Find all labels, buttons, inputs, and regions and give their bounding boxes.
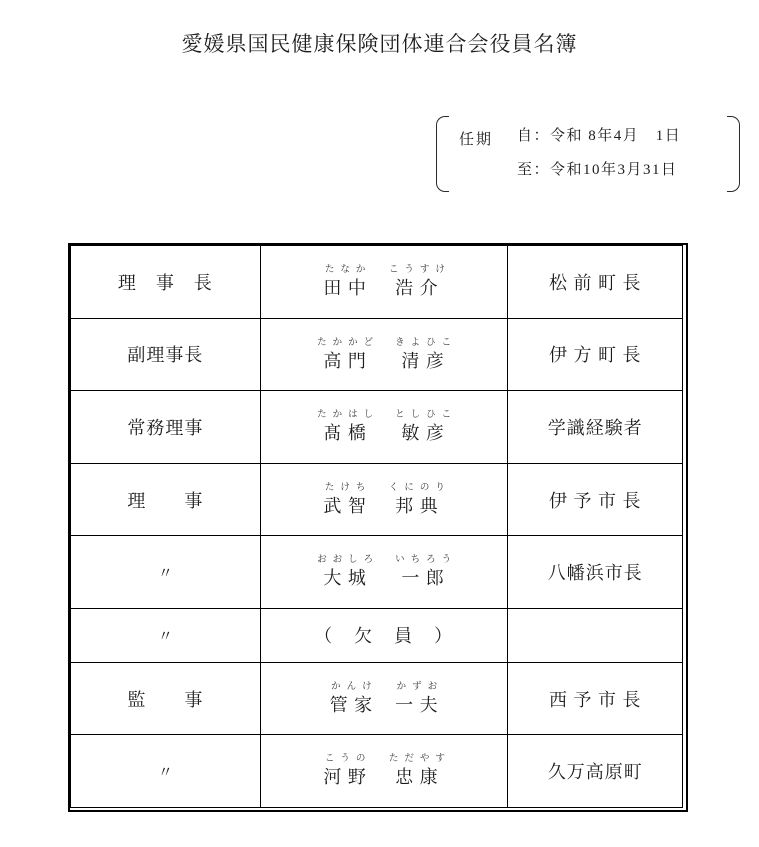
position-cell: 理 事	[71, 463, 261, 536]
name-cell: （ 欠 員 ）	[260, 609, 508, 663]
position-cell: 理 事 長	[71, 246, 261, 319]
document-page: 愛媛県国民健康保険団体連合会役員名簿 任期 自：令和 8年4月 1日 至：令和1…	[0, 0, 759, 847]
surname: 高 門	[323, 350, 367, 373]
position-label: 常務理事	[127, 418, 203, 438]
surname-furigana: こうの	[325, 753, 372, 766]
surname-group: たけち武 智	[323, 482, 367, 518]
surname-group: おおしろ大 城	[317, 554, 373, 590]
given-name-group: きよひこ清 彦	[395, 337, 451, 373]
given-name-furigana: かずお	[397, 681, 444, 694]
given-name: 浩 介	[395, 277, 439, 300]
title-cell	[508, 609, 683, 663]
given-name-furigana: きよひこ	[395, 337, 457, 350]
term-of-office-box: 任期 自：令和 8年4月 1日 至：令和10年3月31日	[436, 116, 740, 192]
given-name-furigana: ただやす	[389, 753, 451, 766]
given-name-furigana: くにのり	[389, 482, 451, 495]
table-row: 副理事長 たかかど高 門きよひこ清 彦 伊 方 町 長	[71, 318, 683, 391]
title-label: 学識経験者	[548, 418, 643, 438]
surname-furigana: たなか	[325, 264, 372, 277]
given-name-group: こうすけ浩 介	[389, 264, 445, 300]
title-cell: 伊 予 市 長	[508, 463, 683, 536]
surname-furigana: たけち	[325, 482, 372, 495]
name-cell: たかかど高 門きよひこ清 彦	[260, 318, 508, 391]
surname-group: たかはし髙 橋	[317, 409, 373, 445]
term-to: 至：令和10年3月31日	[517, 163, 681, 178]
right-bracket	[727, 116, 740, 192]
position-label: 監 事	[127, 690, 203, 710]
position-cell: 〃	[71, 609, 261, 663]
surname-furigana: おおしろ	[317, 554, 379, 567]
roster-table-border: 理 事 長 たなか田 中こうすけ浩 介 松 前 町 長 副理事長 たかかど高 門…	[68, 243, 688, 812]
term-label: 任期	[459, 128, 493, 184]
table-row: 〃 （ 欠 員 ）	[71, 609, 683, 663]
title-cell: 久万高原町	[508, 735, 683, 808]
given-name-furigana: こうすけ	[389, 264, 451, 277]
given-name-group: くにのり邦 典	[389, 482, 445, 518]
surname-furigana: かんけ	[331, 681, 378, 694]
position-label: 副理事長	[127, 345, 203, 365]
given-name-furigana: いちろう	[395, 554, 457, 567]
table-row: 常務理事 たかはし髙 橋としひこ敏 彦 学識経験者	[71, 391, 683, 464]
given-name: 一 郎	[401, 567, 445, 590]
position-cell: 副理事長	[71, 318, 261, 391]
surname: 河 野	[323, 766, 367, 789]
given-name: 一 夫	[395, 694, 439, 717]
name-cell: こうの河 野ただやす忠 康	[260, 735, 508, 808]
title-cell: 西 予 市 長	[508, 662, 683, 735]
table-row: 理 事 長 たなか田 中こうすけ浩 介 松 前 町 長	[71, 246, 683, 319]
vacancy-label: （ 欠 員 ）	[314, 626, 454, 646]
position-cell: 常務理事	[71, 391, 261, 464]
term-content: 任期 自：令和 8年4月 1日 至：令和10年3月31日	[449, 116, 727, 192]
surname-furigana: たかはし	[317, 409, 379, 422]
ditto-mark: 〃	[158, 629, 173, 645]
given-name: 敏 彦	[401, 422, 445, 445]
surname-furigana: たかかど	[317, 337, 379, 350]
given-name-group: いちろう一 郎	[395, 554, 451, 590]
roster-table: 理 事 長 たなか田 中こうすけ浩 介 松 前 町 長 副理事長 たかかど高 門…	[70, 245, 683, 808]
title-cell: 学識経験者	[508, 391, 683, 464]
title-label: 伊 方 町 長	[549, 345, 642, 365]
name-cell: たなか田 中こうすけ浩 介	[260, 246, 508, 319]
name-cell: たかはし髙 橋としひこ敏 彦	[260, 391, 508, 464]
surname-group: たかかど高 門	[317, 337, 373, 373]
title-cell: 八幡浜市長	[508, 536, 683, 609]
given-name: 忠 康	[395, 766, 439, 789]
given-name: 邦 典	[395, 495, 439, 518]
given-name-group: かずお一 夫	[395, 681, 439, 717]
table-row: 監 事 かんけ管 家かずお一 夫 西 予 市 長	[71, 662, 683, 735]
given-name: 清 彦	[401, 350, 445, 373]
title-label: 八幡浜市長	[548, 563, 643, 583]
table-row: 理 事 たけち武 智くにのり邦 典 伊 予 市 長	[71, 463, 683, 536]
surname-group: かんけ管 家	[330, 681, 374, 717]
position-cell: 〃	[71, 536, 261, 609]
surname-group: こうの河 野	[323, 753, 367, 789]
surname: 田 中	[323, 277, 367, 300]
title-label: 伊 予 市 長	[549, 491, 642, 511]
name-cell: おおしろ大 城いちろう一 郎	[260, 536, 508, 609]
position-label: 理 事 長	[118, 273, 213, 293]
position-cell: 〃	[71, 735, 261, 808]
title-cell: 伊 方 町 長	[508, 318, 683, 391]
term-from: 自：令和 8年4月 1日	[517, 129, 681, 144]
table-row: 〃 こうの河 野ただやす忠 康 久万高原町	[71, 735, 683, 808]
name-cell: たけち武 智くにのり邦 典	[260, 463, 508, 536]
title-cell: 松 前 町 長	[508, 246, 683, 319]
surname: 武 智	[323, 495, 367, 518]
title-label: 久万高原町	[548, 762, 643, 782]
surname-group: たなか田 中	[323, 264, 367, 300]
position-label: 理 事	[127, 491, 203, 511]
name-cell: かんけ管 家かずお一 夫	[260, 662, 508, 735]
ditto-mark: 〃	[158, 566, 173, 582]
ditto-mark: 〃	[158, 765, 173, 781]
term-dates: 自：令和 8年4月 1日 至：令和10年3月31日	[517, 126, 681, 184]
given-name-group: としひこ敏 彦	[395, 409, 451, 445]
surname: 管 家	[330, 694, 374, 717]
table-row: 〃 おおしろ大 城いちろう一 郎 八幡浜市長	[71, 536, 683, 609]
title-label: 西 予 市 長	[549, 690, 642, 710]
surname: 髙 橋	[323, 422, 367, 445]
given-name-furigana: としひこ	[395, 409, 457, 422]
given-name-group: ただやす忠 康	[389, 753, 445, 789]
title-label: 松 前 町 長	[549, 273, 642, 293]
surname: 大 城	[323, 567, 367, 590]
left-bracket	[436, 116, 449, 192]
position-cell: 監 事	[71, 662, 261, 735]
page-title: 愛媛県国民健康保険団体連合会役員名簿	[0, 28, 759, 58]
